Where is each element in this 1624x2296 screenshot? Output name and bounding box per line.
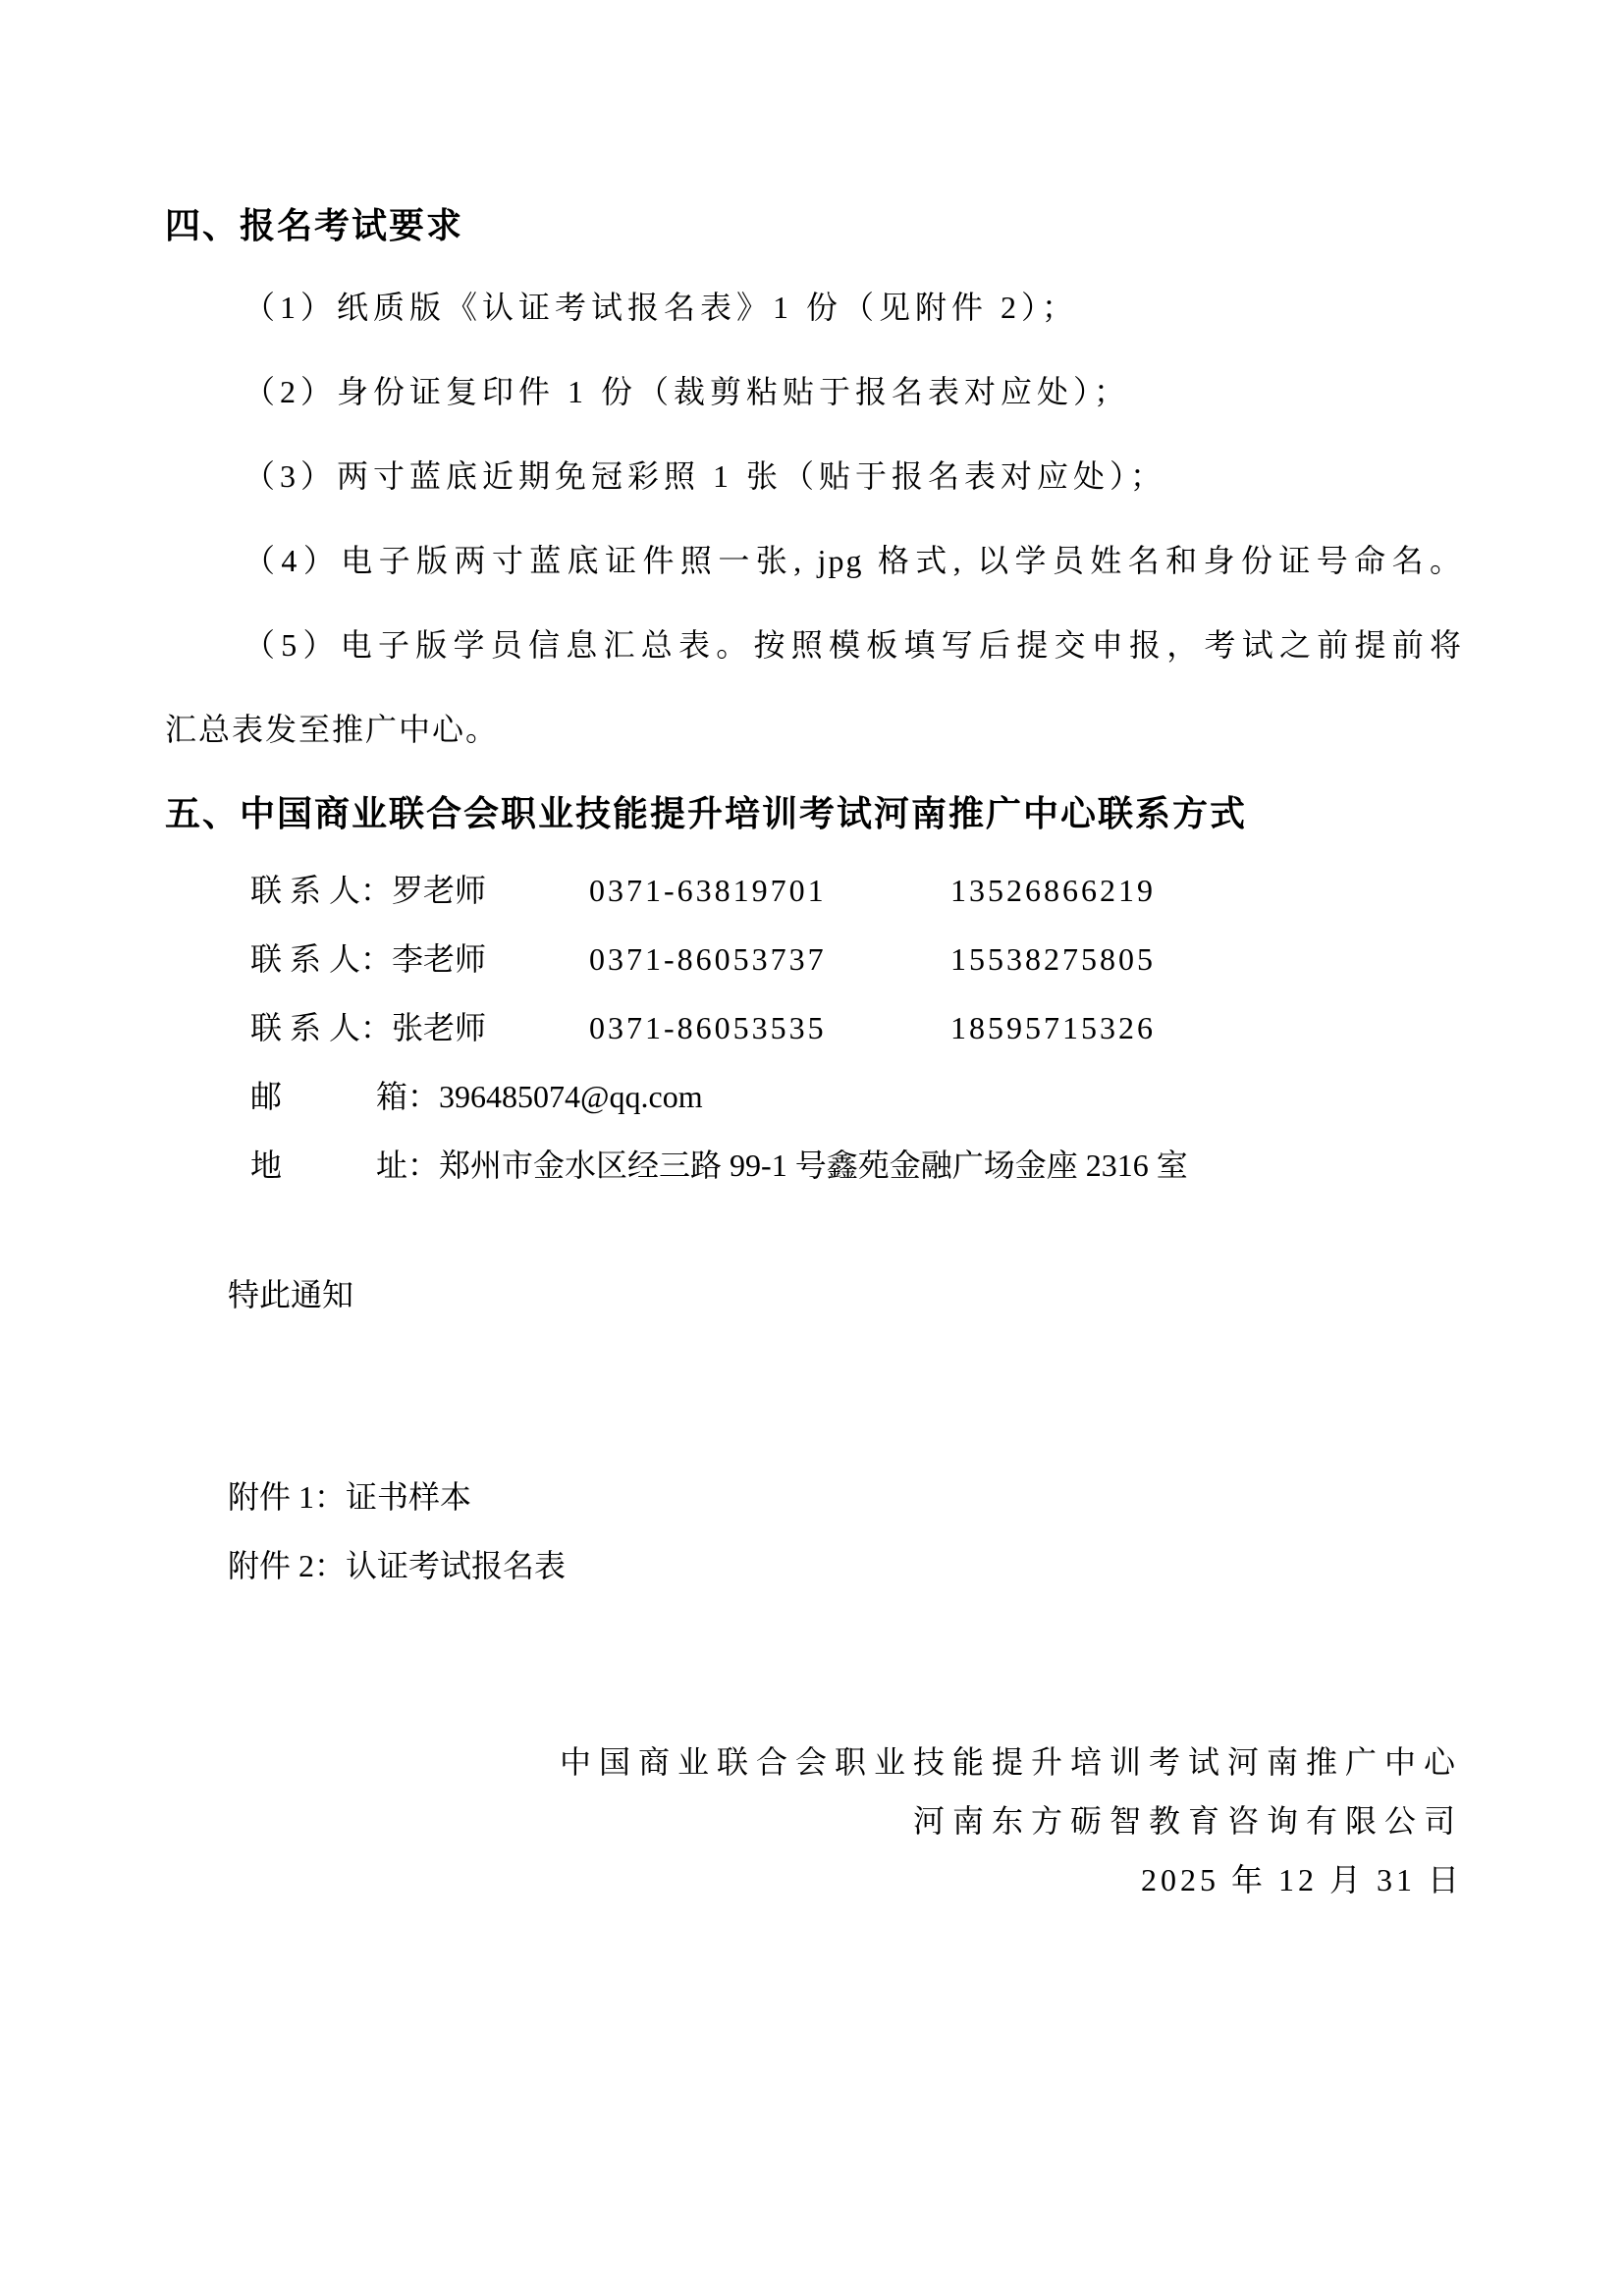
contact-mobile: 18595715326	[950, 993, 1156, 1062]
notice-text: 特此通知	[165, 1260, 1463, 1329]
address-row: 地址：郑州市金水区经三路 99-1 号鑫苑金融广场金座 2316 室	[165, 1131, 1463, 1200]
address-label-2: 址：	[376, 1148, 439, 1183]
email-value: 396485074@qq.com	[439, 1079, 703, 1114]
section-5-heading: 五、中国商业联合会职业技能提升培训考试河南推广中心联系方式	[165, 772, 1463, 856]
contact-label: 联 系 人：	[250, 1010, 392, 1045]
contact-label: 联 系 人：	[250, 941, 392, 977]
contact-label: 联 系 人：	[250, 873, 392, 908]
signature-company: 河南东方砺智教育咨询有限公司	[165, 1791, 1463, 1850]
contact-label-name: 联 系 人：张老师	[250, 993, 589, 1062]
contact-phone: 0371-63819701	[589, 856, 950, 925]
contact-phone: 0371-86053737	[589, 925, 950, 993]
section-4-heading: 四、报名考试要求	[165, 187, 1463, 265]
contact-name: 李老师	[392, 941, 486, 977]
signature-org: 中国商业联合会职业技能提升培训考试河南推广中心	[165, 1733, 1463, 1791]
requirement-item-4: （4）电子版两寸蓝底证件照一张, jpg 格式, 以学员姓名和身份证号命名。	[165, 518, 1463, 603]
attachment-1: 附件 1：证书样本	[165, 1463, 1463, 1531]
contact-row: 联 系 人：罗老师 0371-63819701 13526866219	[165, 856, 1463, 925]
requirement-item-1: （1）纸质版《认证考试报名表》1 份（见附件 2）；	[165, 265, 1463, 349]
contact-mobile: 15538275805	[950, 925, 1156, 993]
requirement-item-5: （5）电子版学员信息汇总表。按照模板填写后提交申报，考试之前提前将	[165, 603, 1463, 687]
contact-row: 联 系 人：李老师 0371-86053737 15538275805	[165, 925, 1463, 993]
contact-phone: 0371-86053535	[589, 993, 950, 1062]
attachment-2: 附件 2：认证考试报名表	[165, 1531, 1463, 1600]
document-page: 四、报名考试要求 （1）纸质版《认证考试报名表》1 份（见附件 2）； （2）身…	[0, 0, 1624, 2296]
email-row: 邮箱：396485074@qq.com	[165, 1062, 1463, 1131]
email-label: 邮	[250, 1079, 282, 1114]
signature-block: 中国商业联合会职业技能提升培训考试河南推广中心 河南东方砺智教育咨询有限公司 2…	[165, 1733, 1463, 1909]
contact-label-name: 联 系 人：李老师	[250, 925, 589, 993]
contact-mobile: 13526866219	[950, 856, 1156, 925]
contact-name: 罗老师	[392, 873, 486, 908]
contact-name: 张老师	[392, 1010, 486, 1045]
address-label: 地	[250, 1148, 282, 1183]
requirement-item-3: （3）两寸蓝底近期免冠彩照 1 张（贴于报名表对应处）；	[165, 434, 1463, 518]
email-label-2: 箱：	[376, 1079, 439, 1114]
signature-date: 2025 年 12 月 31 日	[165, 1850, 1463, 1909]
attachments-list: 附件 1：证书样本 附件 2：认证考试报名表	[165, 1463, 1463, 1600]
address-value: 郑州市金水区经三路 99-1 号鑫苑金融广场金座 2316 室	[439, 1148, 1188, 1183]
contact-label-name: 联 系 人：罗老师	[250, 856, 589, 925]
requirement-item-5-continuation: 汇总表发至推广中心。	[165, 687, 1463, 772]
requirement-item-2: （2）身份证复印件 1 份（裁剪粘贴于报名表对应处）；	[165, 349, 1463, 434]
contact-row: 联 系 人：张老师 0371-86053535 18595715326	[165, 993, 1463, 1062]
